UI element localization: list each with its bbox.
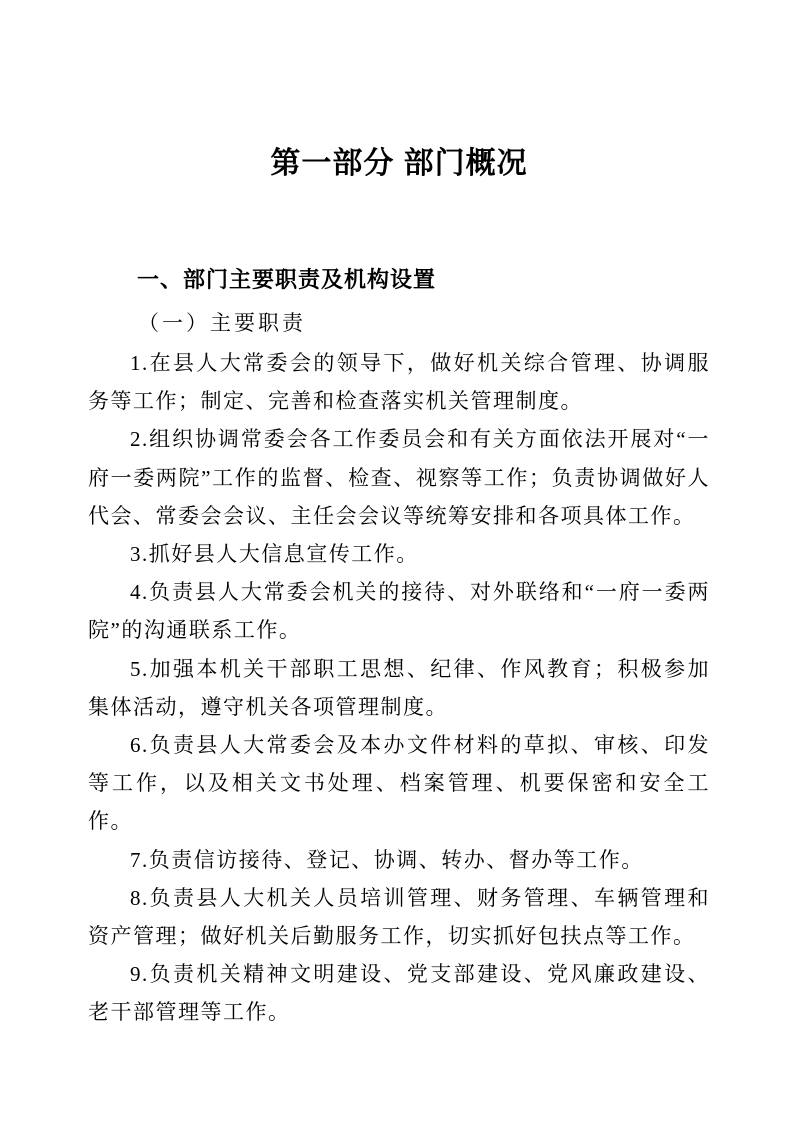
paragraph-6: 6.负责县人大常委会及本办文件材料的草拟、审核、印发等工作，以及相关文书处理、档… (88, 726, 710, 841)
paragraph-7: 7.负责信访接待、登记、协调、转办、督办等工作。 (88, 841, 710, 879)
paragraph-4: 4.负责县人大常委会机关的接待、对外联络和“一府一委两院”的沟通联系工作。 (88, 573, 710, 649)
document-title: 第一部分 部门概况 (88, 147, 710, 180)
paragraph-9: 9.负责机关精神文明建设、党支部建设、党风廉政建设、老干部管理等工作。 (88, 955, 710, 1031)
document-page: 第一部分 部门概况 一、部门主要职责及机构设置 （一）主要职责 1.在县人大常委… (0, 0, 793, 1122)
paragraph-3: 3.抓好县人大信息宣传工作。 (88, 535, 710, 573)
paragraph-8: 8.负责县人大机关人员培训管理、财务管理、车辆管理和资产管理；做好机关后勤服务工… (88, 879, 710, 955)
paragraph-5: 5.加强本机关干部职工思想、纪律、作风教育；积极参加集体活动，遵守机关各项管理制… (88, 650, 710, 726)
subsection-heading: （一）主要职责 (88, 310, 710, 336)
section-heading: 一、部门主要职责及机构设置 (88, 268, 710, 292)
paragraph-1: 1.在县人大常委会的领导下，做好机关综合管理、协调服务等工作；制定、完善和检查落… (88, 344, 710, 420)
paragraph-2: 2.组织协调常委会各工作委员会和有关方面依法开展对“一府一委两院”工作的监督、检… (88, 420, 710, 535)
body-text: 1.在县人大常委会的领导下，做好机关综合管理、协调服务等工作；制定、完善和检查落… (88, 344, 710, 1032)
